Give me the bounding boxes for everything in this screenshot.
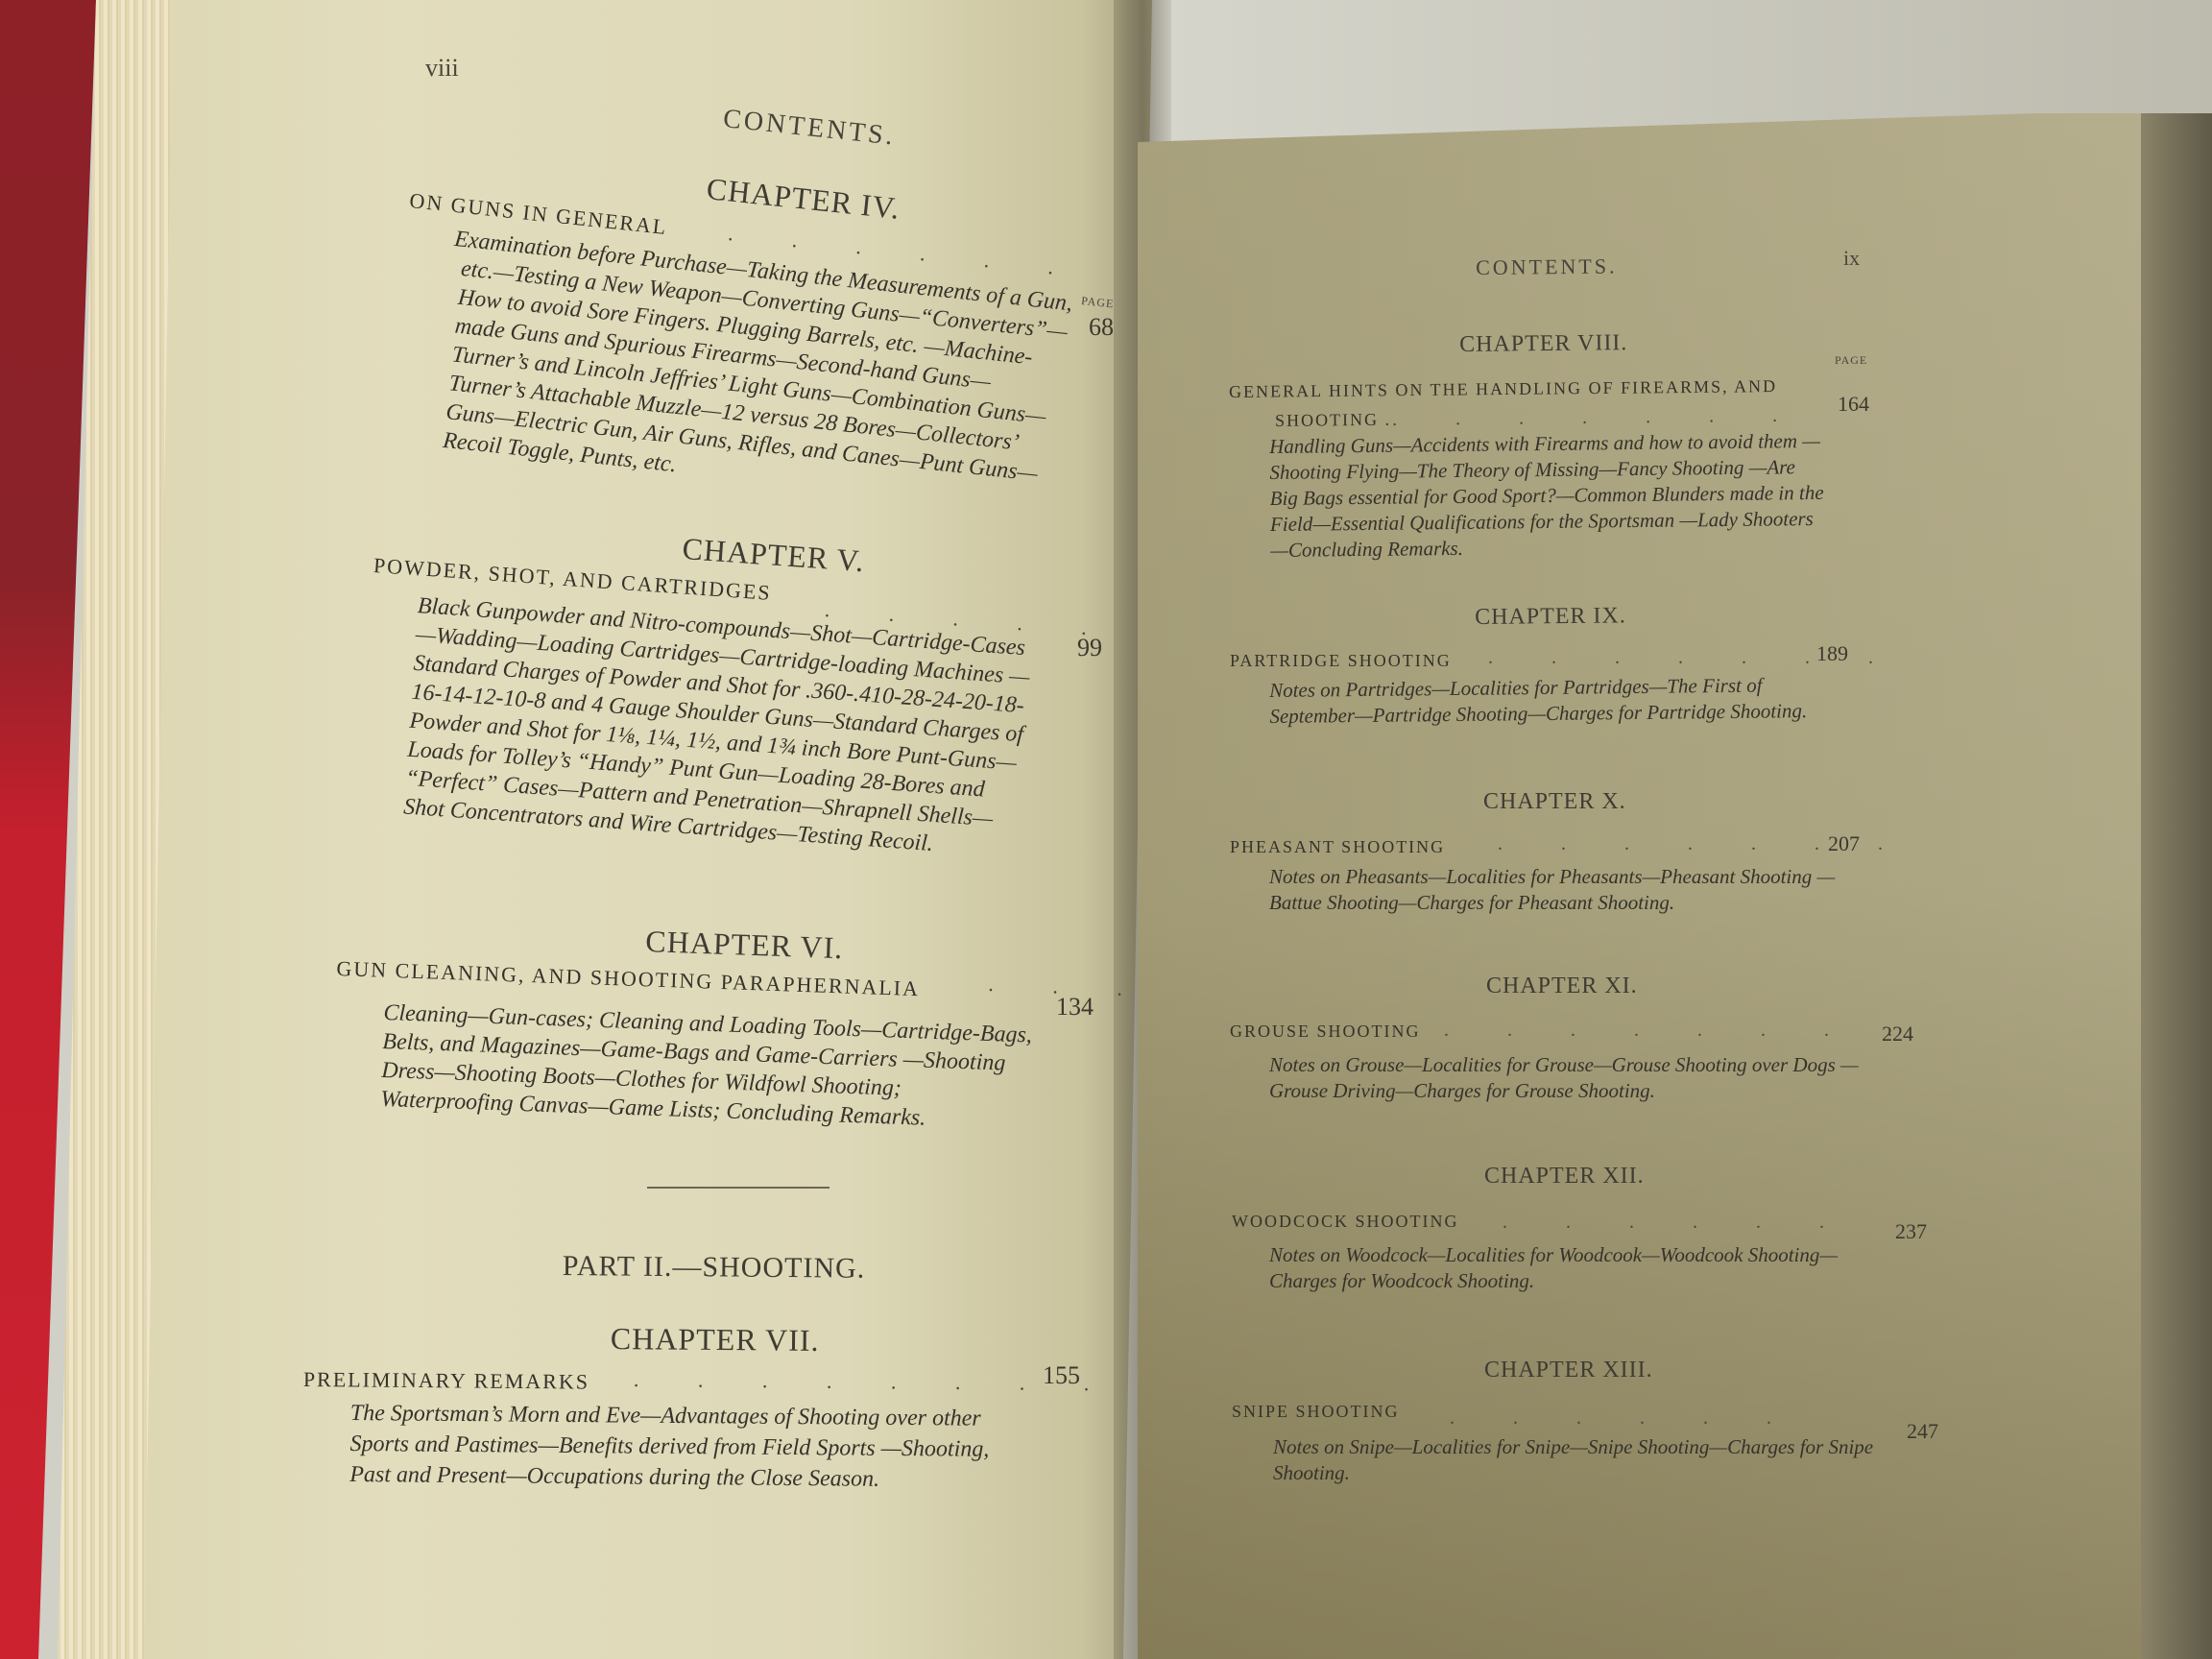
page-number: 164 (1838, 392, 1869, 417)
page-column-label: PAGE (1835, 353, 1867, 368)
left-folio: viii (425, 54, 459, 83)
chapter-description: Notes on Partridges—Localities for Partr… (1269, 672, 1837, 730)
chapter-description: Notes on Snipe—Localities for Snipe—Snip… (1273, 1434, 1887, 1486)
chapter-heading: CHAPTER VI. (645, 924, 844, 966)
page-number: 68 (1089, 313, 1114, 342)
chapter-title: PRELIMINARY REMARKS (303, 1367, 589, 1395)
page-number: 224 (1882, 1022, 1913, 1046)
chapter-heading: CHAPTER XIII. (1484, 1358, 1653, 1383)
chapter-description: Notes on Pheasants—Localities for Pheasa… (1269, 864, 1845, 916)
chapter-heading: CHAPTER IX. (1475, 603, 1626, 631)
section-divider (647, 1187, 829, 1189)
chapter-description: Notes on Grouse—Localities for Grouse—Gr… (1269, 1052, 1884, 1104)
chapter-description: Handling Guns—Accidents with Firearms an… (1269, 428, 1827, 564)
chapter-title: GROUSE SHOOTING (1230, 1022, 1421, 1042)
page-number: 99 (1077, 634, 1102, 662)
chapter-heading: CHAPTER X. (1483, 789, 1626, 815)
chapter-title: PARTRIDGE SHOOTING (1230, 651, 1452, 671)
chapter-description: Black Gunpowder and Nitro-compounds—Shot… (402, 591, 1046, 865)
chapter-description: Cleaning—Gun-cases; Cleaning and Loading… (380, 998, 1037, 1137)
chapter-heading: CHAPTER VIII. (1459, 330, 1628, 358)
dot-leader: . . . . . . . (1392, 405, 1804, 431)
part-heading: PART II.—SHOOTING. (563, 1250, 866, 1286)
right-folio: ix (1843, 246, 1860, 271)
page-number: 155 (1043, 1361, 1080, 1390)
chapter-title: WOODCOCK SHOOTING (1232, 1212, 1459, 1232)
page-number: 134 (1056, 993, 1094, 1022)
chapter-description: The Sportsman’s Morn and Eve—Advantages … (349, 1398, 1022, 1496)
page-number: 189 (1816, 641, 1848, 666)
page-number: 237 (1895, 1219, 1927, 1244)
page-number: 207 (1828, 831, 1860, 856)
right-running-head: CONTENTS. (1476, 253, 1618, 280)
chapter-heading: CHAPTER XII. (1484, 1164, 1645, 1190)
dot-leader: . . . . . . (1503, 1212, 1851, 1234)
chapter-heading: CHAPTER XI. (1486, 974, 1638, 999)
page-number: 247 (1907, 1419, 1938, 1444)
chapter-title: PHEASANT SHOOTING (1230, 837, 1445, 857)
chapter-description: Notes on Woodcock—Localities for Woodcoo… (1269, 1242, 1903, 1294)
chapter-title-continued: SHOOTING . (1275, 410, 1391, 431)
dot-leader: . . . . . . . . (1444, 1020, 1919, 1042)
right-edge-shadow (2141, 113, 2212, 1659)
chapter-title: SNIPE SHOOTING (1232, 1402, 1400, 1422)
dot-leader: . . . . . . (1450, 1407, 1798, 1430)
chapter-heading: CHAPTER VII. (611, 1321, 820, 1358)
